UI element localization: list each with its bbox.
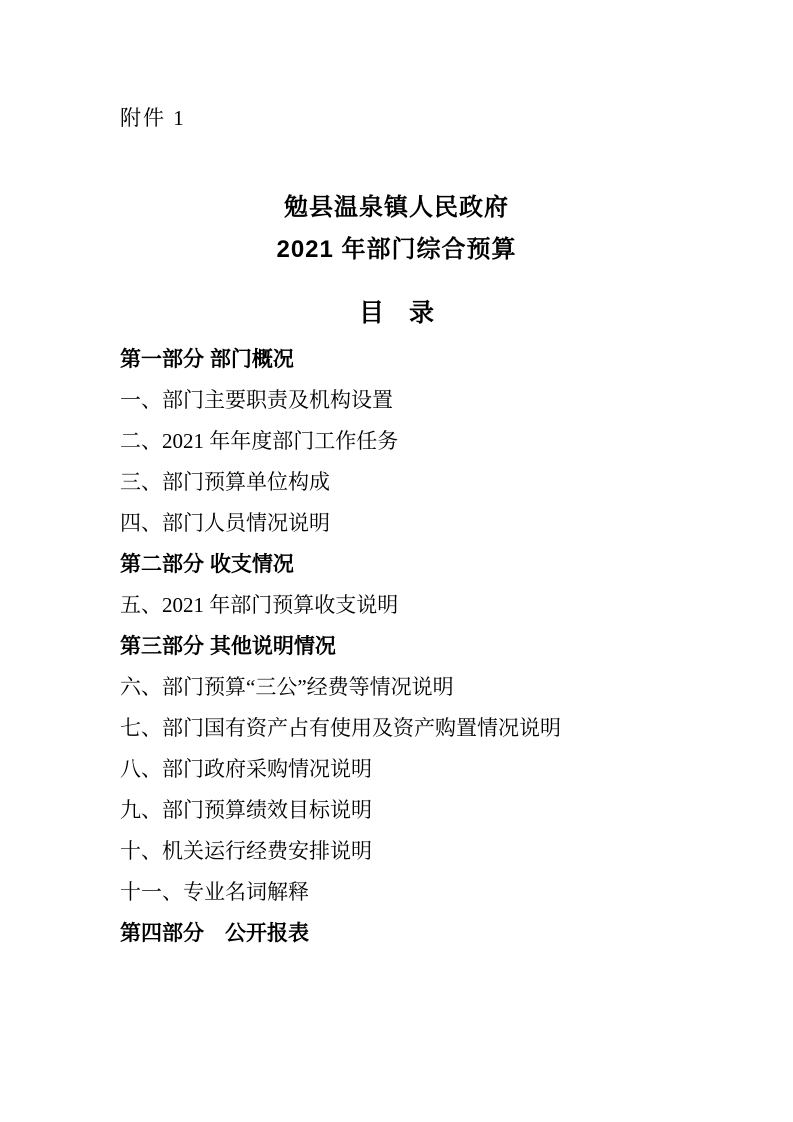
toc-item: 五、2021 年部门预算收支说明 xyxy=(120,585,713,626)
toc-section-heading: 第三部分 其他说明情况 xyxy=(120,626,713,667)
toc-section-heading: 第四部分 公开报表 xyxy=(120,913,713,954)
toc-item: 四、部门人员情况说明 xyxy=(120,503,713,544)
toc-item: 九、部门预算绩效目标说明 xyxy=(120,790,713,831)
toc-heading: 目 录 xyxy=(0,297,793,329)
toc-item: 八、部门政府采购情况说明 xyxy=(120,749,713,790)
toc-item: 六、部门预算“三公”经费等情况说明 xyxy=(120,667,713,708)
toc-section-heading: 第一部分 部门概况 xyxy=(120,339,713,380)
document-title-line1: 勉县温泉镇人民政府 xyxy=(0,187,793,229)
table-of-contents: 第一部分 部门概况 一、部门主要职责及机构设置 二、2021 年年度部门工作任务… xyxy=(120,339,713,954)
toc-item: 十、机关运行经费安排说明 xyxy=(120,831,713,872)
attachment-label: 附件 1 xyxy=(120,105,793,131)
toc-item: 十一、专业名词解释 xyxy=(120,872,713,913)
toc-item: 三、部门预算单位构成 xyxy=(120,462,713,503)
document-title: 勉县温泉镇人民政府 2021 年部门综合预算 xyxy=(0,187,793,271)
toc-item: 一、部门主要职责及机构设置 xyxy=(120,380,713,421)
toc-item: 七、部门国有资产占有使用及资产购置情况说明 xyxy=(120,708,713,749)
toc-section-heading: 第二部分 收支情况 xyxy=(120,544,713,585)
document-title-line2: 2021 年部门综合预算 xyxy=(0,229,793,271)
toc-item: 二、2021 年年度部门工作任务 xyxy=(120,421,713,462)
document-page: 附件 1 勉县温泉镇人民政府 2021 年部门综合预算 目 录 第一部分 部门概… xyxy=(0,0,793,1122)
